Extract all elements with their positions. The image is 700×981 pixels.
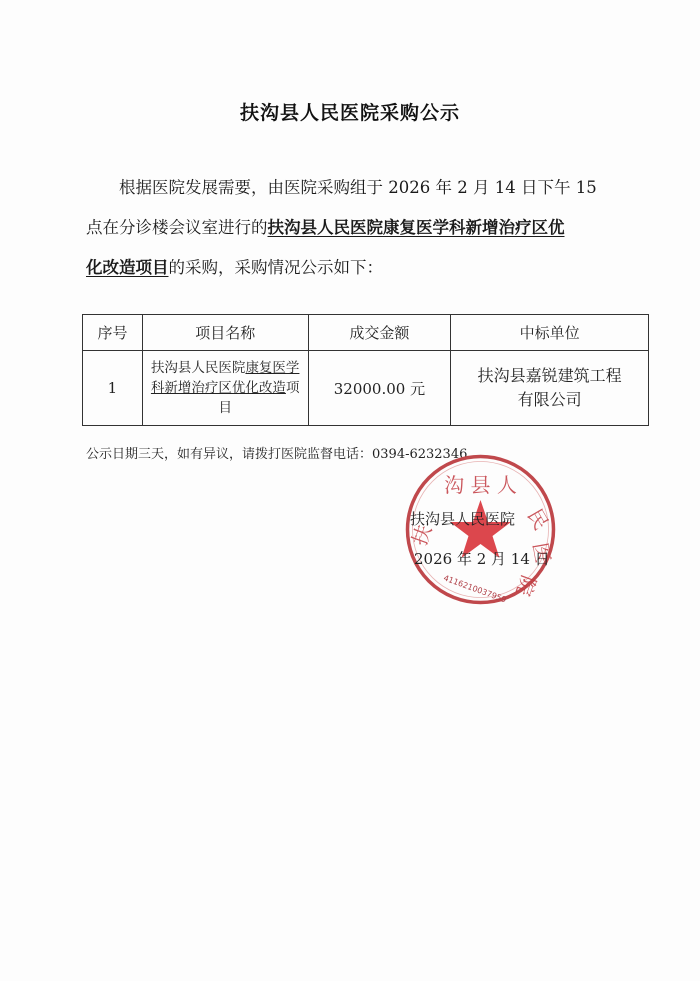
table-header-row: 序号 项目名称 成交金额 中标单位 [83,315,649,351]
svg-text:沟 县 人: 沟 县 人 [444,473,517,497]
signature-organization: 扶沟县人民医院 [410,508,515,529]
header-project-name: 项目名称 [142,315,308,351]
project-name-highlight: 扶沟县人民医院康复医学科新增治疗区优 [268,218,565,237]
table-row: 1 扶沟县人民医院康复医学科新增治疗区优化改造项目 32000.00 元 扶沟县… [83,351,649,426]
header-index: 序号 [83,315,143,351]
header-winner: 中标单位 [451,315,649,351]
cell-winner: 扶沟县嘉锐建筑工程有限公司 [451,351,649,426]
paragraph-line-2: 点在分诊楼会议室进行的扶沟县人民医院康复医学科新增治疗区优 [86,208,646,248]
cell-index: 1 [83,351,143,426]
svg-text:4116210037959: 4116210037959 [442,573,507,604]
project-name-highlight: 化改造项目 [86,258,169,277]
document-title: 扶沟县人民医院采购公示 [0,98,700,125]
header-amount: 成交金额 [308,315,451,351]
intro-paragraph: 根据医院发展需要，由医院采购组于 2026 年 2 月 14 日下午 15 点在… [86,168,646,288]
procurement-table: 序号 项目名称 成交金额 中标单位 1 扶沟县人民医院康复医学科新增治疗区优化改… [82,314,649,426]
official-seal-icon: 沟 县 人 扶 民 医 院 4116210037959 [403,452,558,607]
paragraph-line-3: 化改造项目的采购，采购情况公示如下： [86,248,646,288]
signature-date: 2026 年 2 月 14 日 [414,548,550,569]
paragraph-text: 的采购，采购情况公示如下： [169,258,384,277]
cell-amount: 32000.00 元 [308,351,451,426]
paragraph-text: 点在分诊楼会议室进行的 [86,218,268,237]
project-name-text: 扶沟县人民医院 [151,360,246,376]
paragraph-line-1: 根据医院发展需要，由医院采购组于 2026 年 2 月 14 日下午 15 [86,168,646,208]
cell-project-name: 扶沟县人民医院康复医学科新增治疗区优化改造项目 [142,351,308,426]
